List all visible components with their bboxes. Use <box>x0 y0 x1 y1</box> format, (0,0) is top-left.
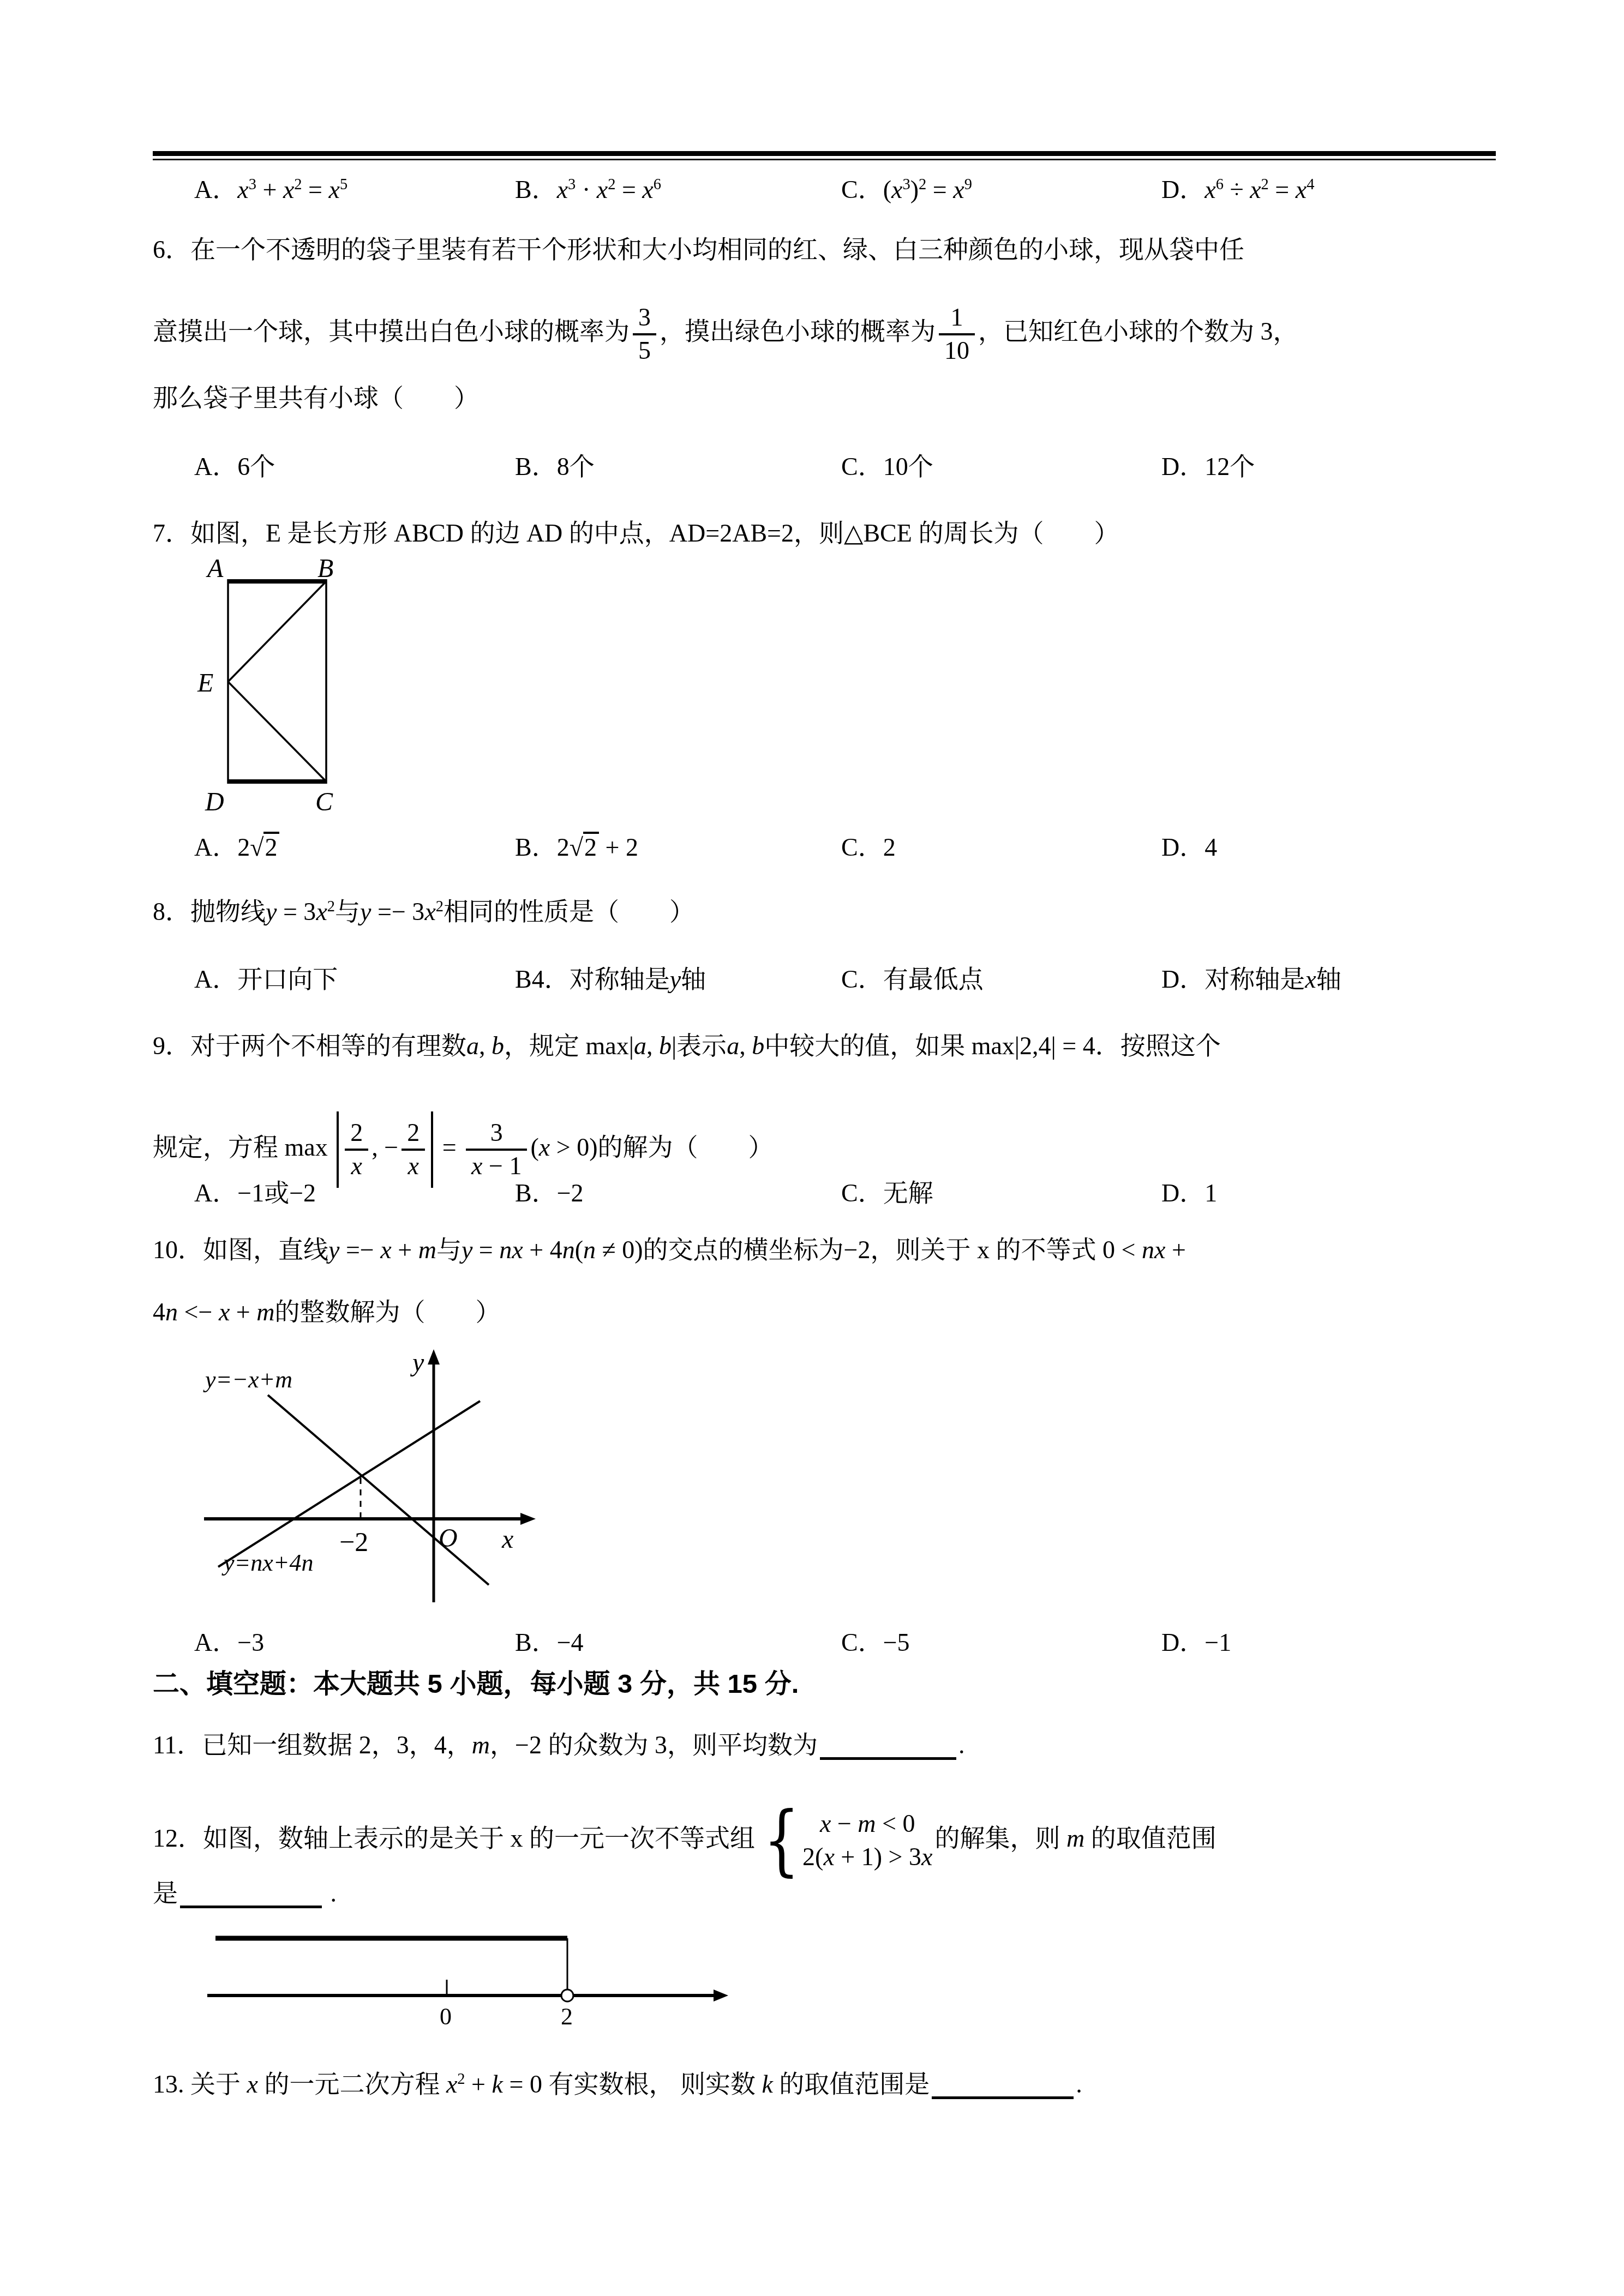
question-6-options: A．6个 B．8个 C．10个 D．12个 <box>153 450 1517 494</box>
segment-EB <box>228 581 326 682</box>
label-E: E <box>197 669 213 698</box>
question-7-stem: 7．如图，E 是长方形 ABCD 的边 AD 的中点，AD=2AB=2，则△BC… <box>153 517 1119 550</box>
line-up-equation-label: y=nx+4n <box>221 1549 313 1576</box>
number-line-figure: 0 2 <box>202 1920 747 2034</box>
q10-option-c: C．−5 <box>841 1626 910 1659</box>
question-6-line-3: 那么袋子里共有小球（ ） <box>153 382 479 414</box>
q9-option-d: D．1 <box>1161 1177 1217 1210</box>
rectangle-figure: A B E D C <box>196 555 360 822</box>
question-10-line-2: 4n <− x + m的整数解为（ ） <box>153 1296 501 1329</box>
q8-option-d: D．对称轴是x轴 <box>1161 963 1341 996</box>
question-7-options: A．2√2 B．2√2 + 2 C．2 D．4 <box>153 831 1517 875</box>
q7-option-a: A．2√2 <box>194 831 279 864</box>
question-10-line-1: 10．如图，直线y =− x + m与y = nx + 4n(n ≠ 0)的交点… <box>153 1234 1186 1266</box>
question-10-options: A．−3 B．−4 C．−5 D．−1 <box>153 1626 1517 1670</box>
q10-option-b: B．−4 <box>515 1626 584 1659</box>
q10-option-a: A．−3 <box>194 1626 264 1659</box>
graph-figure: y x O −2 y=−x+m y=nx+4n <box>196 1347 546 1620</box>
q5-option-b: B．x3 · x2 = x6 <box>515 173 661 206</box>
q5-option-c: C．(x3)2 = x9 <box>841 173 972 206</box>
q9-option-c: C．无解 <box>841 1177 933 1210</box>
q6-option-b: B．8个 <box>515 450 595 483</box>
segment-EC <box>228 682 326 782</box>
q8-option-c: C．有最低点 <box>841 963 984 996</box>
label-D: D <box>205 788 224 816</box>
header-rule-thin <box>153 159 1496 160</box>
question-6-line-1: 6．在一个不透明的袋子里装有若干个形状和大小均相同的红、绿、白三种颜色的小球，现… <box>153 233 1244 266</box>
q7-option-c: C．2 <box>841 831 896 864</box>
q8-option-b: B4．对称轴是y轴 <box>515 963 706 996</box>
label-C: C <box>315 788 333 816</box>
q7-option-d: D．4 <box>1161 831 1217 864</box>
question-8-options: A．开口向下 B4．对称轴是y轴 C．有最低点 D．对称轴是x轴 <box>153 963 1517 1007</box>
x-intercept-label: −2 <box>339 1526 368 1557</box>
exam-page: A．x3 + x2 = x5 B．x3 · x2 = x6 C．(x3)2 = … <box>0 0 1624 2296</box>
question-6-line-2: 意摸出一个球，其中摸出白色小球的概率为35，摸出绿色小球的概率为110，已知红色… <box>153 303 1298 365</box>
question-12-line-2: 是 . <box>153 1877 337 1910</box>
line-down-equation-label: y=−x+m <box>203 1366 292 1393</box>
q5-option-a: A．x3 + x2 = x5 <box>194 173 347 206</box>
origin-label: O <box>439 1524 458 1553</box>
question-11-line: 11．已知一组数据 2，3，4，m，−2 的众数为 3，则平均数为. <box>153 1729 964 1762</box>
header-rule <box>153 151 1496 156</box>
question-12-line-1: 12．如图，数轴上表示的是关于 x 的一元一次不等式组{x − m < 02(x… <box>153 1802 1216 1879</box>
question-9-line-2: 规定，方程 max 2x, −2x = 3x − 1(x > 0)的解为（ ） <box>153 1111 774 1188</box>
tick-two-label: 2 <box>561 2003 573 2030</box>
section-2-title: 二、填空题：本大题共 5 小题，每小题 3 分，共 15 分. <box>153 1668 799 1700</box>
x-axis-arrow <box>520 1513 536 1525</box>
q10-option-d: D．−1 <box>1161 1626 1231 1659</box>
x-axis-label: x <box>501 1525 513 1554</box>
open-circle-at-2 <box>561 1990 573 2002</box>
label-B: B <box>317 554 333 583</box>
question-5-options: A．x3 + x2 = x5 B．x3 · x2 = x6 C．(x3)2 = … <box>153 173 1517 217</box>
q9-option-a: A．−1或−2 <box>194 1177 316 1210</box>
q6-option-d: D．12个 <box>1161 450 1255 483</box>
q5-option-d: D．x6 ÷ x2 = x4 <box>1161 173 1315 206</box>
question-13-line: 13. 关于 x 的一元二次方程 x2 + k = 0 有实数根， 则实数 k … <box>153 2068 1082 2101</box>
question-9-line-1: 9．对于两个不相等的有理数a, b，规定 max|a, b|表示a, b中较大的… <box>153 1030 1221 1062</box>
q7-option-b: B．2√2 + 2 <box>515 831 638 864</box>
q9-option-b: B．−2 <box>515 1177 584 1210</box>
question-9-options: A．−1或−2 B．−2 C．无解 D．1 <box>153 1177 1517 1221</box>
q6-option-c: C．10个 <box>841 450 933 483</box>
y-axis-label: y <box>410 1348 424 1377</box>
y-axis-arrow <box>428 1349 440 1365</box>
number-line-arrow <box>714 1990 728 2002</box>
q8-option-a: A．开口向下 <box>194 963 338 996</box>
tick-zero-label: 0 <box>440 2003 452 2030</box>
label-A: A <box>206 554 224 583</box>
q6-option-a: A．6个 <box>194 450 275 483</box>
question-8-stem: 8．抛物线y = 3x2与y =− 3x2相同的性质是（ ） <box>153 895 694 928</box>
